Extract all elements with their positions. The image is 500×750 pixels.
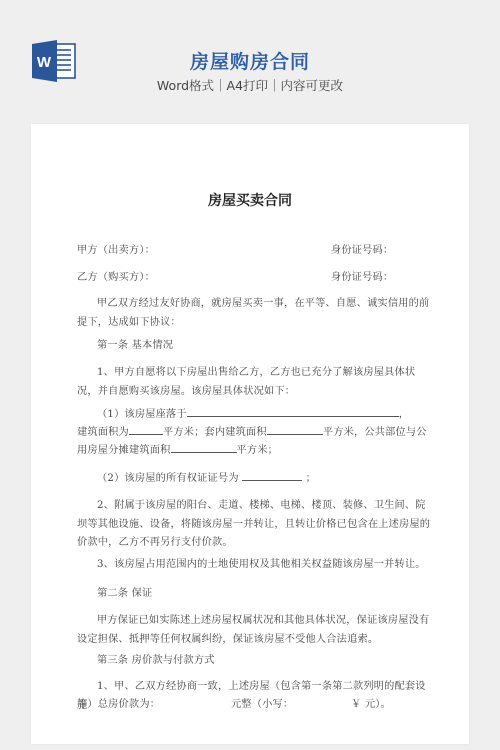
article-1-paragraph-3: 3、该房屋占用范围内的土地使用权及其他相关权益随该房屋一并转让。 (77, 556, 433, 575)
inner-area-blank (267, 423, 323, 435)
article-2-paragraph-1: 甲方保证已如实陈述上述房屋权属状况和其他具体状况，保证该房屋没有设定担保、抵押等… (77, 612, 433, 649)
article-1-item-1-line-3: 用房屋分摊建筑面积平方米； (77, 441, 433, 461)
certificate-number-blank (242, 469, 302, 481)
party-a-label: 甲方（出卖方）： (77, 245, 155, 256)
article-1-paragraph-1: 1、甲方自愿将以下房屋出售给乙方，乙方也已充分了解该房屋具体状况，并自愿购买该房… (77, 364, 433, 401)
document-page: 房屋买卖合同 甲方（出卖方）： 身份证号码： 乙方（购买方）： 身份证号码： 甲… (31, 124, 469, 744)
area-blank (129, 423, 163, 435)
address-blank (187, 405, 399, 417)
party-a-id-label: 身份证号码： (331, 242, 393, 261)
party-b-row: 乙方（购买方）： 身份证号码： (77, 269, 433, 288)
article-1-item-2: （2）该房屋的所有权证证号为 ； (77, 469, 433, 489)
page-title: 房屋购房合同 (0, 47, 500, 74)
shared-area-blank (171, 441, 237, 453)
page-subtitle: Word格式｜A4打印｜内容可更改 (0, 76, 500, 94)
article-2-heading: 第二条 保证 (77, 585, 433, 604)
article-3-heading: 第三条 房价款与付款方式 (77, 652, 433, 671)
document-title: 房屋买卖合同 (31, 190, 469, 210)
party-b-id-label: 身份证号码： (331, 269, 393, 288)
article-1-item-1-line-2: 建筑面积为平方米；套内建筑面积平方米，公共部位与公 (77, 423, 433, 443)
party-b-label: 乙方（购买方）： (77, 272, 155, 283)
article-1-heading: 第一条 基本情况 (77, 337, 433, 356)
article-1-item-1: （1）该房屋座落于， (77, 405, 433, 425)
article-3-paragraph-1-line-2: 等）总房价款为： 元整（小写： ￥ 元）。 (77, 696, 433, 715)
party-a-row: 甲方（出卖方）： 身份证号码： (77, 242, 433, 261)
intro-paragraph: 甲乙双方经过友好协商，就房屋买卖一事，在平等、自愿、诚实信用的前提下，达成如下协… (77, 295, 433, 332)
header: W 房屋购房合同 Word格式｜A4打印｜内容可更改 (0, 0, 500, 124)
article-1-paragraph-2: 2、附属于该房屋的阳台、走道、楼梯、电梯、楼顶、装修、卫生间、院坝等其他设施、设… (77, 497, 433, 553)
